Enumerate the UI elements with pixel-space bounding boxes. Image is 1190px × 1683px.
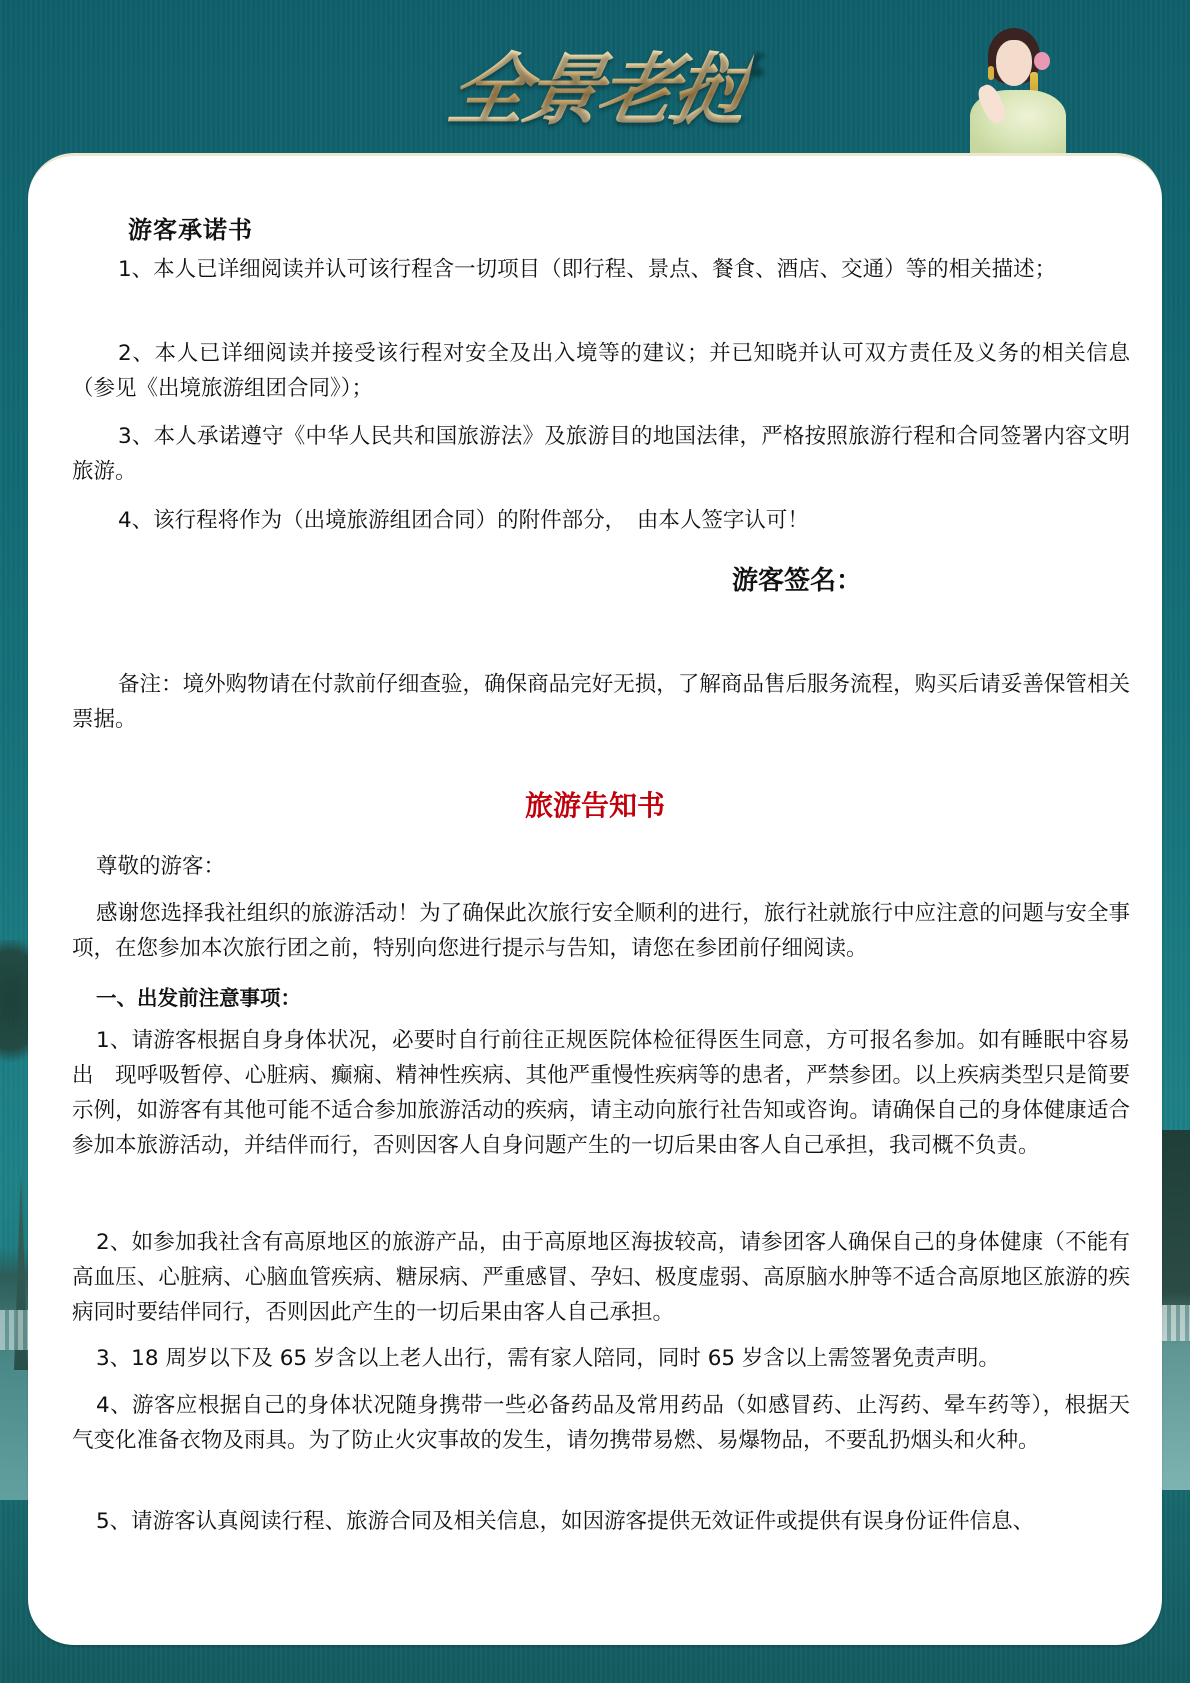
balustrade-decoration — [1162, 1305, 1190, 1341]
notice-title: 旅游告知书 — [28, 788, 1162, 823]
notice-intro: 感谢您选择我社组织的旅游活动！为了确保此次旅行安全顺利的进行，旅行社就旅行中应注… — [72, 896, 1130, 966]
signature-label: 游客签名： — [732, 564, 862, 599]
background-tree-right — [1162, 1130, 1190, 1490]
notice-item-3: 3、18 周岁以下及 65 岁含以上老人出行，需有家人陪同，同时 65 岁含以上… — [72, 1341, 1130, 1376]
document-card: 游客承诺书 1、本人已详细阅读并认可该行程含一切项目（即行程、景点、餐食、酒店、… — [28, 153, 1162, 1645]
pledge-item-3: 3、本人承诺遵守《中华人民共和国旅游法》及旅游目的地国法律，严格按照旅游行程和合… — [72, 419, 1130, 489]
notice-item-1: 1、请游客根据自身身体状况，必要时自行前往正规医院体检征得医生同意，方可报名参加… — [72, 1023, 1130, 1163]
section-heading-before-departure: 一、出发前注意事项： — [96, 981, 301, 1016]
logo-title: 全景老挝 — [440, 28, 760, 140]
notice-item-2: 2、如参加我社含有高原地区的旅游产品，由于高原地区海拔较高，请参团客人确保自己的… — [72, 1225, 1130, 1330]
notice-item-4: 4、游客应根据自己的身体状况随身携带一些必备药品及常用药品（如感冒药、止泻药、晕… — [72, 1388, 1130, 1458]
notice-greeting: 尊敬的游客： — [72, 849, 1130, 884]
pledge-item-2: 2、本人已详细阅读并接受该行程对安全及出入境等的建议；并已知晓并认可双方责任及义… — [72, 336, 1130, 406]
portrait-face — [996, 40, 1032, 86]
model-portrait-image — [968, 28, 1066, 156]
notice-item-5: 5、请游客认真阅读行程、旅游合同及相关信息，如因游客提供无效证件或提供有误身份证… — [72, 1504, 1130, 1539]
pledge-item-4: 4、该行程将作为（出境旅游组团合同）的附件部分， 由本人签字认可！ — [72, 503, 1130, 538]
brand-logo: 全景老挝 — [440, 24, 760, 144]
shopping-remark: 备注：境外购物请在付款前仔细查验，确保商品完好无损，了解商品售后服务流程，购买后… — [72, 667, 1130, 737]
earring-icon — [988, 66, 994, 80]
pledge-title: 游客承诺书 — [128, 213, 253, 248]
flower-hair-ornament-icon — [1034, 52, 1050, 70]
pledge-item-1: 1、本人已详细阅读并认可该行程含一切项目（即行程、景点、餐食、酒店、交通）等的相… — [72, 252, 1130, 287]
document-content: 游客承诺书 1、本人已详细阅读并认可该行程含一切项目（即行程、景点、餐食、酒店、… — [28, 156, 1162, 1645]
